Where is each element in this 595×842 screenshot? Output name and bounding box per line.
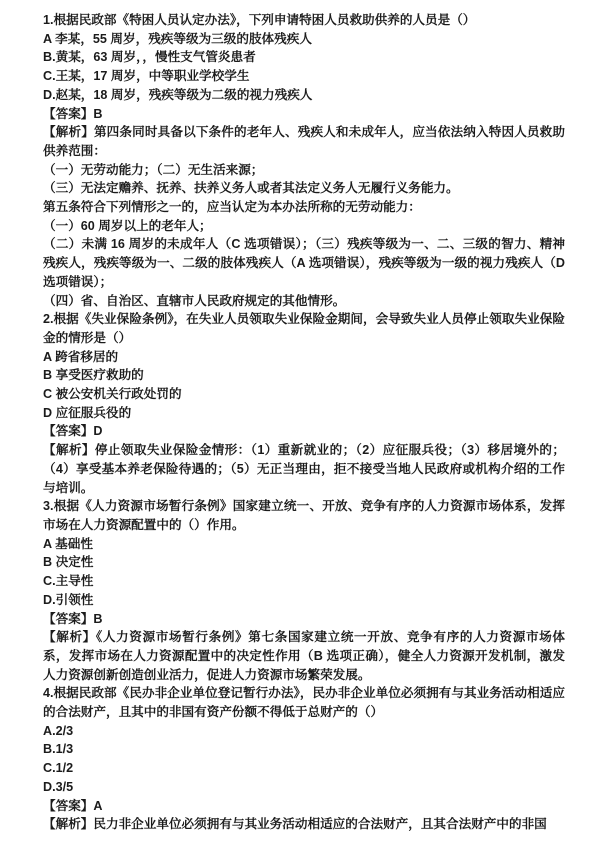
option-d: D 应征服兵役的 (43, 404, 565, 423)
analysis-paragraph: 【解析】停止领取失业保险金情形：（1）重新就业的；（2）应征服兵役；（3）移居境… (43, 441, 565, 497)
analysis-paragraph: （一）无劳动能力；（二）无生活来源； (43, 161, 565, 180)
option-a: A 基础性 (43, 535, 565, 554)
answer-line: 【答案】D (43, 422, 565, 441)
analysis-paragraph: （四）省、自治区、直辖市人民政府规定的其他情形。 (43, 292, 565, 311)
option-c: C.1/2 (43, 759, 565, 778)
exam-document-page: 1.根据民政部《特困人员认定办法》，下列申请特困人员救助供养的人员是（） A 李… (0, 0, 595, 842)
analysis-paragraph: 第五条符合下列情形之一的，应当认定为本办法所称的无劳动能力： (43, 198, 565, 217)
question-stem: 1.根据民政部《特困人员认定办法》，下列申请特困人员救助供养的人员是（） (43, 11, 565, 30)
option-c: C 被公安机关行政处罚的 (43, 385, 565, 404)
question-block-4: 4.根据民政部《民办非企业单位登记暂行办法》，民办非企业单位必须拥有与其业务活动… (43, 684, 565, 834)
question-block-2: 2.根据《失业保险条例》，在失业人员领取失业保险金期间，会导致失业人员停止领取失… (43, 310, 565, 497)
question-stem: 4.根据民政部《民办非企业单位登记暂行办法》，民办非企业单位必须拥有与其业务活动… (43, 684, 565, 721)
option-d: D.引领性 (43, 591, 565, 610)
analysis-paragraph: 【解析】民力非企业单位必须拥有与其业务活动相适应的合法财产，且其合法财产中的非国 (43, 815, 565, 834)
question-stem: 2.根据《失业保险条例》，在失业人员领取失业保险金期间，会导致失业人员停止领取失… (43, 310, 565, 347)
option-b: B.1/3 (43, 740, 565, 759)
option-b: B 享受医疗救助的 (43, 366, 565, 385)
option-d: D.3/5 (43, 778, 565, 797)
option-b: B 决定性 (43, 553, 565, 572)
analysis-paragraph: （一）60 周岁以上的老年人； (43, 217, 565, 236)
question-block-1: 1.根据民政部《特困人员认定办法》，下列申请特困人员救助供养的人员是（） A 李… (43, 11, 565, 310)
option-c: C.王某，17 周岁，中等职业学校学生 (43, 67, 565, 86)
option-d: D.赵某，18 周岁，残疾等级为二级的视力残疾人 (43, 86, 565, 105)
option-a: A.2/3 (43, 722, 565, 741)
analysis-paragraph: （二）未满 16 周岁的未成年人（C 选项错误）；（三）残疾等级为一、二、三级的… (43, 235, 565, 291)
answer-line: 【答案】B (43, 610, 565, 629)
option-b: B.黄某，63 周岁，，慢性支气管炎患者 (43, 48, 565, 67)
analysis-paragraph: 【解析】《人力资源市场暂行条例》第七条国家建立统一开放、竞争有序的人力资源市场体… (43, 628, 565, 684)
option-a: A 李某，55 周岁，残疾等级为三级的肢体残疾人 (43, 30, 565, 49)
answer-line: 【答案】B (43, 105, 565, 124)
option-a: A 跨省移居的 (43, 348, 565, 367)
analysis-paragraph: 【解析】第四条同时具备以下条件的老年人、残疾人和未成年人，应当依法纳入特因人员救… (43, 123, 565, 160)
option-c: C.主导性 (43, 572, 565, 591)
question-block-3: 3.根据《人力资源市场暂行条例》国家建立统一、开放、竞争有序的人力资源市场体系，… (43, 497, 565, 684)
analysis-paragraph: （三）无法定赡养、抚养、扶养义务人或者其法定义务人无履行义务能力。 (43, 179, 565, 198)
answer-line: 【答案】A (43, 797, 565, 816)
question-stem: 3.根据《人力资源市场暂行条例》国家建立统一、开放、竞争有序的人力资源市场体系，… (43, 497, 565, 534)
